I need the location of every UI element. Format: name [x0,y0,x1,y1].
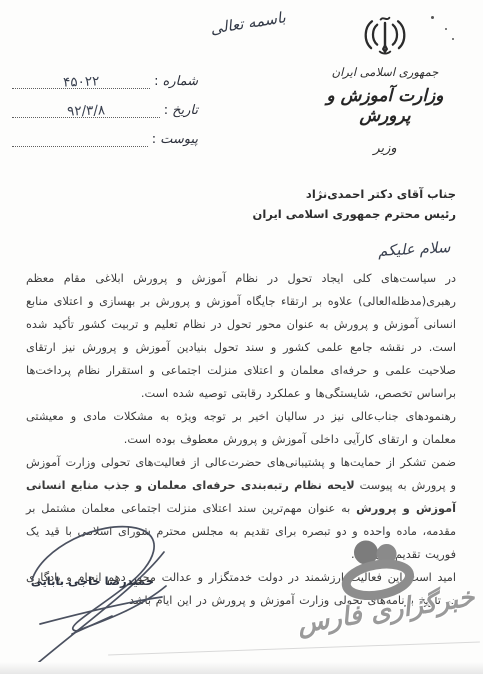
attachment-row: پیوست : [12,118,198,147]
scan-speck [452,38,454,40]
signer-name: حمیدرضا حاجی بابایی [31,574,154,588]
attachment-line [12,127,148,147]
number-line: ۴۵۰۲۲ [12,69,150,89]
meta-fields: شماره : ۴۵۰۲۲ تاریخ : ۹۲/۳/۸ پیوست : [12,60,198,147]
paragraph-2: رهنمودهای جناب‌عالی نیز در سالیان اخیر ب… [26,405,456,451]
date-label: تاریخ [172,103,198,118]
date-value-handwritten: ۹۲/۳/۸ [67,102,106,119]
scanned-letter-page: باسمه تعالی جمهوری اسلامی ایران وزارت آم… [0,0,483,674]
date-colon: : [164,103,168,118]
date-row: تاریخ : ۹۲/۳/۸ [12,89,198,118]
iran-emblem-icon [359,12,411,60]
attachment-colon: : [152,132,156,147]
bismillah-calligraphy: باسمه تعالی [187,5,308,42]
number-row: شماره : ۴۵۰۲۲ [12,60,198,89]
signature-scribble [14,518,249,670]
scan-speck [445,28,447,30]
number-colon: : [154,74,158,89]
signature-block: حمیدرضا حاجی بابایی [14,518,249,670]
scan-bottom-shadow [0,662,483,674]
letterhead: جمهوری اسلامی ایران وزارت آموزش و پرورش … [305,12,465,156]
republic-title: جمهوری اسلامی ایران [305,65,465,79]
attachment-label: پیوست [160,132,198,147]
recipient-title: رئیس محترم جمهوری اسلامی ایران [253,204,456,224]
paragraph-1: در سیاست‌های کلی ایجاد تحول در نظام آموز… [26,267,456,405]
recipient-block: جناب آقای دکتر احمدی‌نژاد رئیس محترم جمه… [253,184,456,224]
recipient-name: جناب آقای دکتر احمدی‌نژاد [253,184,456,204]
salutation-handwritten: سلام علیکم [377,238,450,260]
scan-speck [431,16,434,19]
news-agency-watermark: خبرگزاری فارس [288,538,483,670]
number-value-handwritten: ۴۵۰۲۲ [63,73,100,90]
office-title: وزیر [305,141,465,156]
date-line: ۹۲/۳/۸ [12,98,160,118]
number-label: شماره [163,74,198,89]
ministry-title: وزارت آموزش و پرورش [305,86,465,126]
